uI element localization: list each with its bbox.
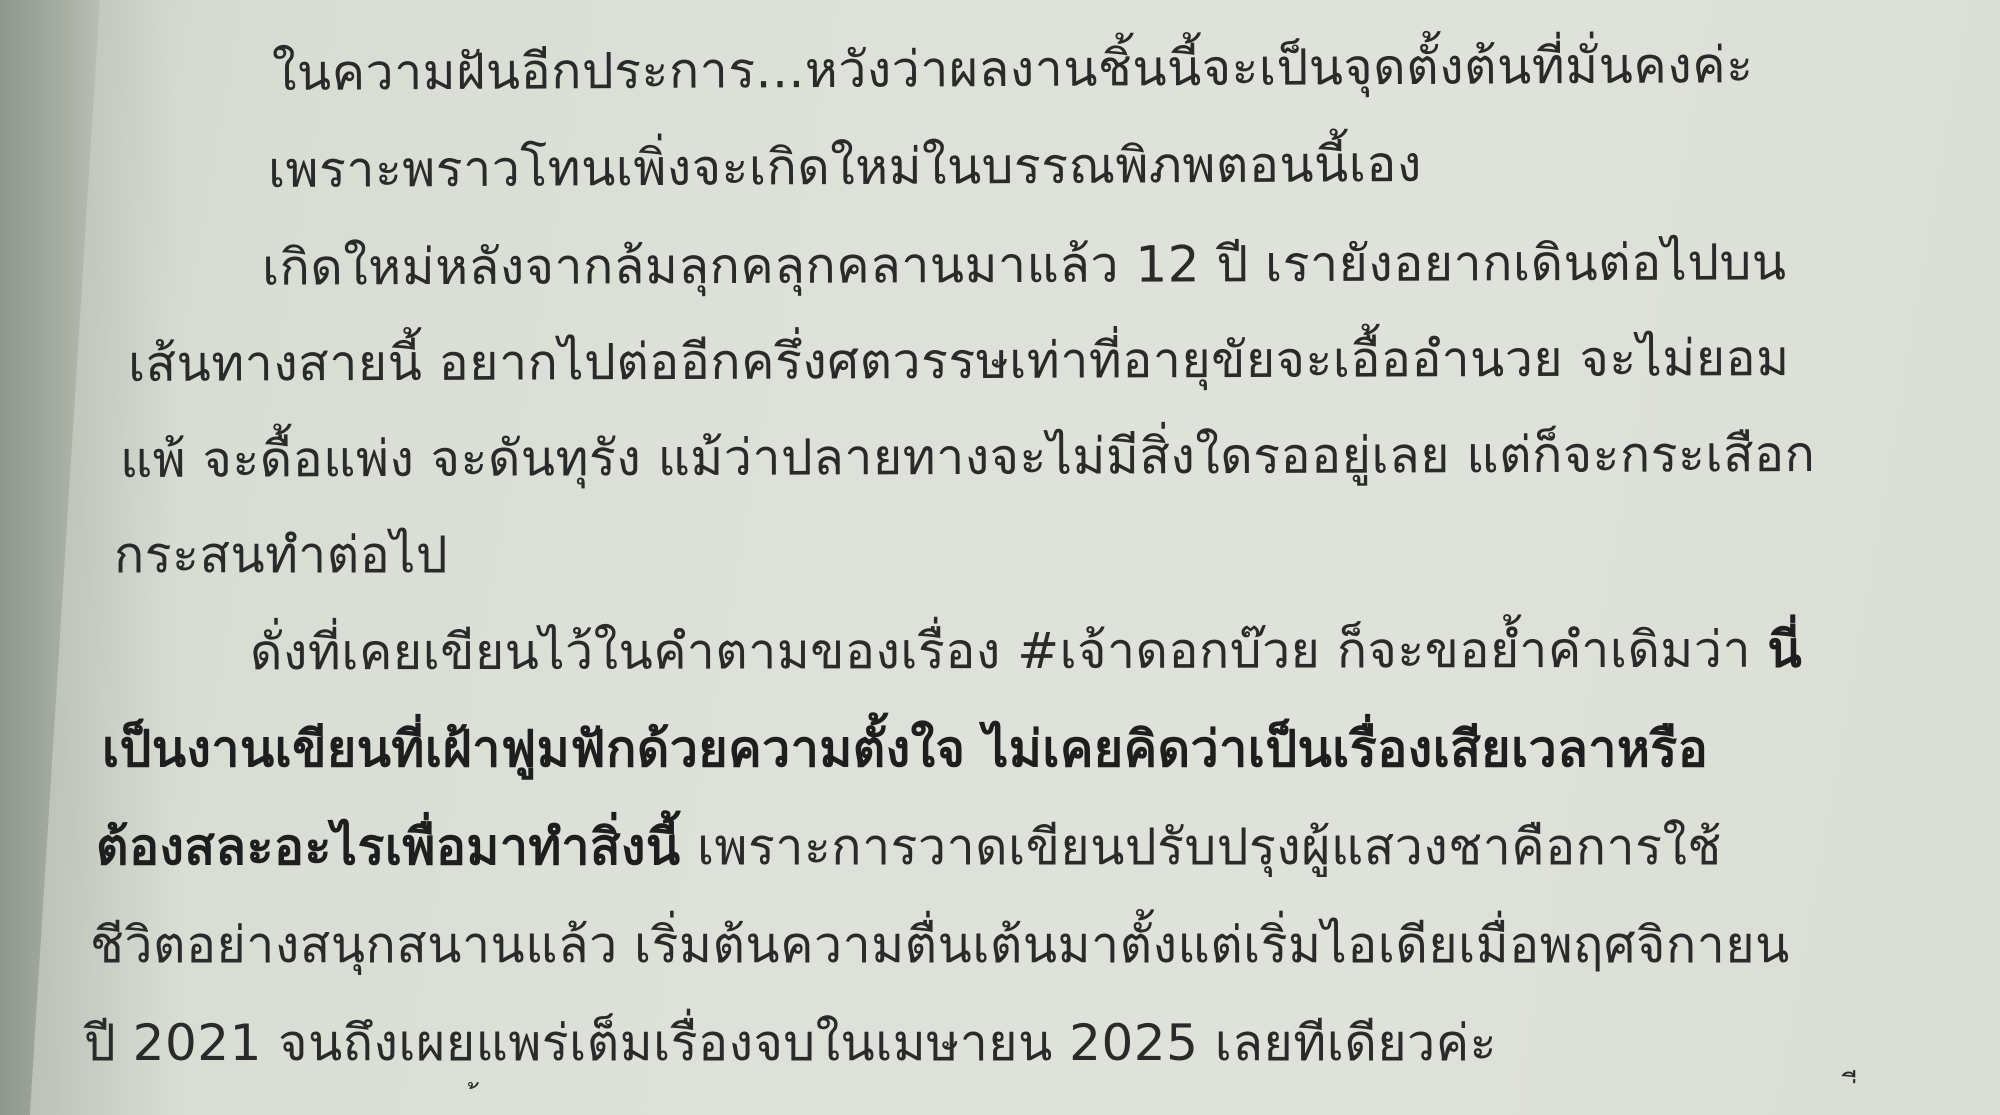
text-segment: กระสนทำต่อไป xyxy=(114,526,448,584)
text-line-2: เพราะพราวโทนเพิ่งจะเกิดใหม่ในบรรณพิภพตอน… xyxy=(268,139,1422,195)
text-line-3: เกิดใหม่หลังจากล้มลุกคลุกคลานมาแล้ว 12 ป… xyxy=(262,237,1787,292)
text-segment: เกิดใหม่หลังจากล้มลุกคลุกคลานมาแล้ว 12 ป… xyxy=(262,233,1787,296)
text-line-1: ในความฝันอีกประการ...หวังว่าผลงานชิ้นนี้… xyxy=(272,40,1754,98)
cropped-line-fragment: ้ xyxy=(478,1090,479,1115)
text-segment: ชีวิตอย่างสนุกสนานแล้ว เริ่มต้นความตื่นเ… xyxy=(90,916,1790,974)
text-segment: เพราะการวาดเขียนปรับปรุงผู้แสวงชาคือการใ… xyxy=(681,818,1722,876)
text-segment: ในความฝันอีกประการ...หวังว่าผลงานชิ้นนี้… xyxy=(272,36,1754,102)
text-segment: แพ้ จะดื้อแพ่ง จะดันทุรัง แม้ว่าปลายทางจ… xyxy=(120,425,1816,489)
text-segment-bold: นี่ xyxy=(1767,621,1802,679)
text-segment: เส้นทางสายนี้ อยากไปต่ออีกครึ่งศตวรรษเท่… xyxy=(128,329,1790,393)
text-segment: ดั่งที่เคยเขียนไว้ในคำตามของเรื่อง #เจ้า… xyxy=(250,621,1768,682)
page-text-body: ในความฝันอีกประการ...หวังว่าผลงานชิ้นนี้… xyxy=(0,0,2000,1115)
text-segment: เพราะพราวโทนเพิ่งจะเกิดใหม่ในบรรณพิภพตอน… xyxy=(268,135,1422,199)
text-segment-bold: เป็นงานเขียนที่เฝ้าฟูมฟักด้วยความตั้งใจ … xyxy=(102,720,1708,778)
text-segment-bold: ต้องสละอะไรเพื่อมาทำสิ่งนี้ xyxy=(96,818,681,876)
text-line-5: แพ้ จะดื้อแพ่ง จะดันทุรัง แม้ว่าปลายทางจ… xyxy=(120,429,1816,485)
text-line-8: เป็นงานเขียนที่เฝ้าฟูมฟักด้วยความตั้งใจ … xyxy=(102,724,1708,774)
cropped-line-fragment: ่ี xyxy=(1858,1086,1859,1115)
text-segment: ปี 2021 จนถึงเผยแพร่เต็มเรื่องจบในเมษายน… xyxy=(84,1014,1497,1072)
text-line-11: ปี 2021 จนถึงเผยแพร่เต็มเรื่องจบในเมษายน… xyxy=(84,1018,1497,1068)
text-line-6: กระสนทำต่อไป xyxy=(114,530,448,580)
text-line-7: ดั่งที่เคยเขียนไว้ในคำตามของเรื่อง #เจ้า… xyxy=(250,625,1802,678)
text-line-4: เส้นทางสายนี้ อยากไปต่ออีกครึ่งศตวรรษเท่… xyxy=(128,333,1790,389)
text-line-10: ชีวิตอย่างสนุกสนานแล้ว เริ่มต้นความตื่นเ… xyxy=(90,920,1790,970)
book-photo: ในความฝันอีกประการ...หวังว่าผลงานชิ้นนี้… xyxy=(0,0,2000,1115)
text-line-9: ต้องสละอะไรเพื่อมาทำสิ่งนี้ เพราะการวาดเ… xyxy=(96,822,1722,872)
